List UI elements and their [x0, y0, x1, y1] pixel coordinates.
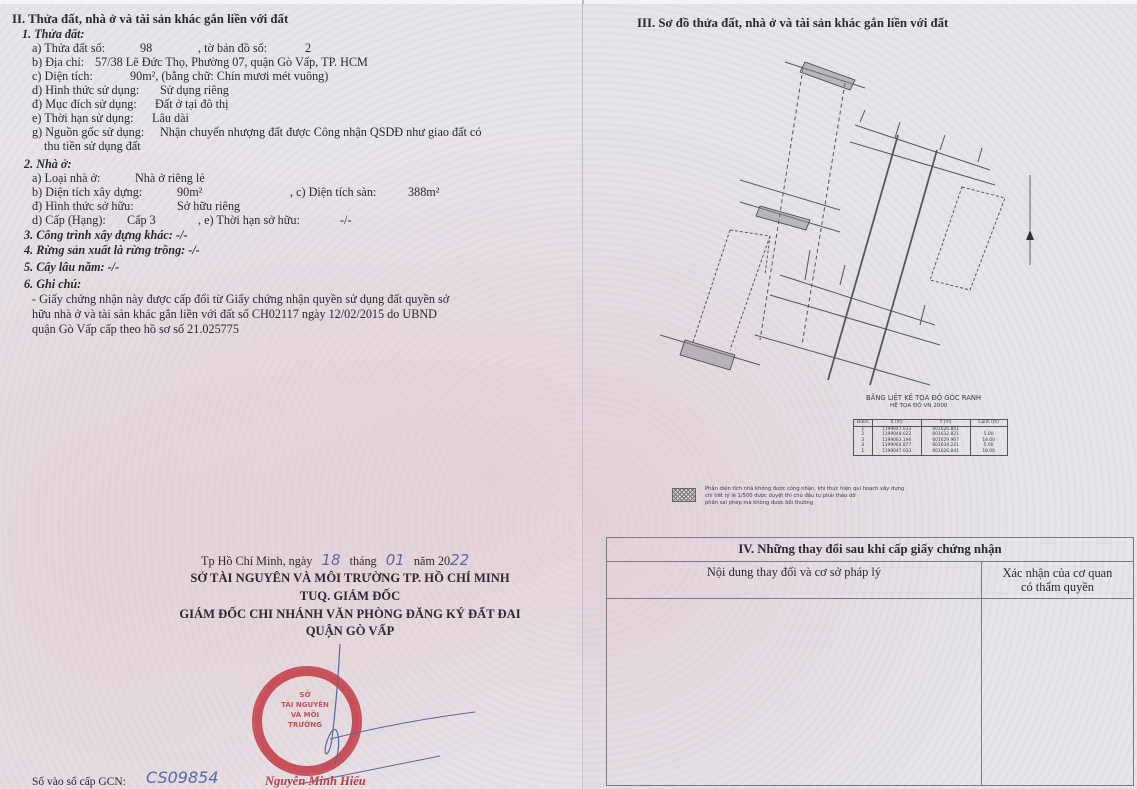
signer-name: Nguyễn Minh Hiếu [265, 774, 366, 789]
date-prefix: Tp Hồ Chí Minh, ngày [201, 554, 312, 568]
area-label: c) Diện tích: [32, 69, 93, 83]
date-year: 22 [450, 551, 469, 569]
purpose-value: Đất ở tại đô thị [155, 97, 228, 111]
parcel-number: 98 [140, 41, 152, 55]
notes-line-3: quận Gò Vấp cấp theo hồ sơ số 21.025775 [32, 322, 239, 336]
date-day: 18 [315, 551, 346, 569]
col-x: X (m) [872, 420, 921, 427]
coord-table-subtitle: HỆ TỌA ĐỘ VN 2000 [890, 403, 947, 409]
perennial-trees: 5. Cây lâu năm: -/- [24, 260, 119, 274]
ownership-value: Sở hữu riêng [177, 199, 240, 213]
notes-line-1: - Giấy chứng nhận này được cấp đổi từ Gi… [32, 292, 449, 306]
ownership-label: đ) Hình thức sở hữu: [32, 199, 134, 213]
coord-table-body: 12341 1199047.0331199048.0221199063.1961… [854, 426, 1008, 455]
other-construction: 3. Công trình xây dựng khác: -/- [24, 228, 187, 242]
tuq-director: TUQ. GIÁM ĐỐC [140, 589, 560, 604]
grade-value: Cấp 3 [127, 213, 156, 227]
signer-position: GIÁM ĐỐC CHI NHÁNH VĂN PHÒNG ĐĂNG KÝ ĐẤT… [140, 607, 560, 622]
legend-line-1: Phần diện tích nhà không được công nhận,… [705, 486, 904, 493]
district-office: QUẬN GÒ VẤP [140, 624, 560, 639]
coord-table-title: BẢNG LIỆT KÊ TỌA ĐỘ GÓC RANH [866, 394, 981, 402]
notes-heading: 6. Ghi chú: [24, 277, 81, 291]
coord-table-header: Điểm X (m) Y (m) Cạnh (m) [854, 420, 1008, 427]
issue-date: Tp Hồ Chí Minh, ngày 18 tháng 01 năm 202… [201, 553, 469, 568]
edge-cell: 5.0018.005.0018.00 [970, 426, 1007, 455]
purpose-label: đ) Mục đích sử dụng: [32, 97, 137, 111]
confirm-line-2: có thẩm quyền [983, 580, 1132, 594]
section-ii-title: II. Thửa đất, nhà ở và tài sản khác gắn … [12, 12, 288, 26]
date-month-label: tháng [350, 554, 377, 568]
house-type-label: a) Loại nhà ở: [32, 171, 100, 185]
changes-col-confirm: Xác nhận của cơ quan có thẩm quyền [982, 562, 1134, 599]
origin-line-1: Nhận chuyển nhượng đất được Công nhận QS… [160, 125, 481, 139]
term-value: Lâu dài [152, 111, 189, 125]
coord-value: 18.00 [974, 449, 1004, 455]
section-iii-title: III. Sơ đồ thửa đất, nhà ở và tài sản kh… [637, 16, 948, 30]
legend-line-2: chi tiết tỷ lệ 1/500 được duyệt thì chủ … [705, 493, 904, 500]
coord-value: 601626.841 [925, 449, 967, 455]
map-sheet-label: , tờ bản đồ số: [198, 41, 267, 55]
signature-scribble-icon [280, 644, 480, 789]
coord-table: Điểm X (m) Y (m) Cạnh (m) 12341 1199047.… [853, 419, 1008, 456]
area-value: 90m², (bằng chữ: Chín mươi mét vuông) [130, 69, 328, 83]
changes-table: IV. Những thay đổi sau khi cấp giấy chứn… [606, 537, 1134, 786]
register-label: Số vào sổ cấp GCN: [32, 775, 126, 789]
col-point: Điểm [854, 420, 873, 427]
changes-col-content: Nội dung thay đổi và cơ sở pháp lý [607, 562, 982, 599]
parcel-label: a) Thửa đất số: [32, 41, 105, 55]
changes-content-cell [607, 599, 982, 786]
built-area-value: 90m² [177, 185, 202, 199]
floor-area-value: 388m² [408, 185, 439, 199]
land-plot-diagram [660, 40, 1060, 390]
own-term-value: -/- [340, 213, 352, 227]
own-term-label: , e) Thời hạn sở hữu: [198, 213, 300, 227]
floor-area-label: , c) Diện tích sàn: [290, 185, 376, 199]
coord-value: 1199047.033 [876, 449, 918, 455]
use-form-label: d) Hình thức sử dụng: [32, 83, 139, 97]
register-number: CS09854 [146, 771, 219, 785]
confirm-line-1: Xác nhận của cơ quan [983, 566, 1132, 580]
address-label: b) Địa chỉ: [32, 55, 84, 69]
address-value: 57/38 Lê Đức Thọ, Phường 07, quận Gò Vấp… [95, 55, 368, 69]
use-form-value: Sử dụng riêng [160, 83, 229, 97]
date-year-label: năm 20 [414, 554, 450, 568]
col-edge: Cạnh (m) [970, 420, 1007, 427]
forest: 4. Rừng sản xuất là rừng trồng: -/- [24, 243, 200, 257]
grade-label: d) Cấp (Hạng): [32, 213, 106, 227]
hatch-legend-icon [672, 488, 696, 502]
built-area-label: b) Diện tích xây dựng: [32, 185, 142, 199]
legend-line-3: phần sai phép mà không được bồi thường [705, 500, 904, 507]
term-label: e) Thời hạn sử dụng: [32, 111, 134, 125]
left-page: II. Thửa đất, nhà ở và tài sản khác gắn … [0, 4, 583, 789]
point-cell: 12341 [854, 426, 873, 455]
house-type-value: Nhà ở riêng lẻ [135, 171, 205, 185]
origin-line-2: thu tiền sử dụng đất [44, 139, 141, 153]
house-heading: 2. Nhà ở: [24, 157, 72, 171]
agency-name: SỞ TÀI NGUYÊN VÀ MÔI TRƯỜNG TP. HỒ CHÍ M… [140, 571, 560, 586]
y-cell: 601626.841601632.831601629.967601634.221… [921, 426, 970, 455]
x-cell: 1199047.0331199048.0221199063.1961199064… [872, 426, 921, 455]
origin-label: g) Nguồn gốc sử dụng: [32, 125, 144, 139]
land-heading: 1. Thửa đất: [22, 27, 85, 41]
map-sheet-number: 2 [305, 41, 311, 55]
date-month: 01 [380, 551, 411, 569]
col-y: Y (m) [921, 420, 970, 427]
legend-note: Phần diện tích nhà không được công nhận,… [705, 486, 904, 507]
coord-value: 1 [857, 449, 869, 455]
changes-confirm-cell [982, 599, 1134, 786]
notes-line-2: hữu nhà ở và tài sản khác gắn liền với đ… [32, 307, 437, 321]
changes-title: IV. Những thay đổi sau khi cấp giấy chứn… [607, 538, 1134, 562]
